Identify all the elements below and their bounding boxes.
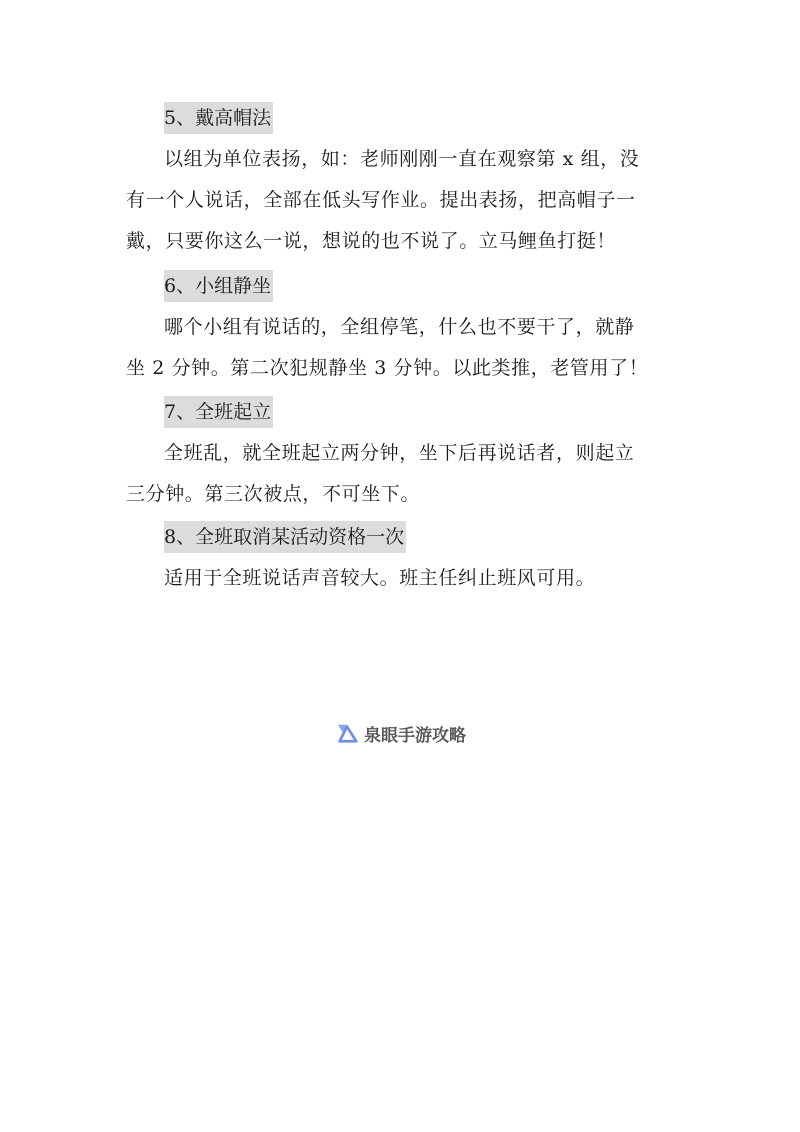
section-7-line-2: 三分钟。第三次被点，不可坐下。: [126, 478, 420, 510]
section-7-heading: 7、全班起立: [164, 396, 273, 428]
document-page: 5、戴高帽法 以组为单位表扬，如：老师刚刚一直在观察第 x 组，没 有一个人说话…: [0, 0, 800, 1132]
section-8-heading: 8、全班取消某活动资格一次: [164, 521, 406, 553]
section-5-heading: 5、戴高帽法: [164, 102, 273, 134]
section-5-line-2: 有一个人说话，全部在低头写作业。提出表扬，把高帽子一: [126, 184, 636, 216]
section-5-line-1: 以组为单位表扬，如：老师刚刚一直在观察第 x 组，没: [164, 143, 639, 175]
watermark-text: 泉眼手游攻略: [364, 721, 466, 746]
triangle-logo-icon: [336, 722, 358, 744]
watermark: 泉眼手游攻略: [336, 718, 466, 748]
section-6-line-1: 哪个小组有说话的，全组停笔，什么也不要干了，就静: [164, 311, 634, 343]
section-5-line-3: 戴，只要你这么一说，想说的也不说了。立马鲤鱼打挺！: [126, 225, 616, 257]
section-8-line-1: 适用于全班说话声音较大。班主任纠止班风可用。: [164, 562, 595, 594]
section-6-line-2: 坐 2 分钟。第二次犯规静坐 3 分钟。以此类推，老管用了！: [126, 352, 648, 384]
section-7-line-1: 全班乱，就全班起立两分钟，坐下后再说话者，则起立: [164, 437, 634, 469]
section-6-heading: 6、小组静坐: [164, 270, 273, 302]
